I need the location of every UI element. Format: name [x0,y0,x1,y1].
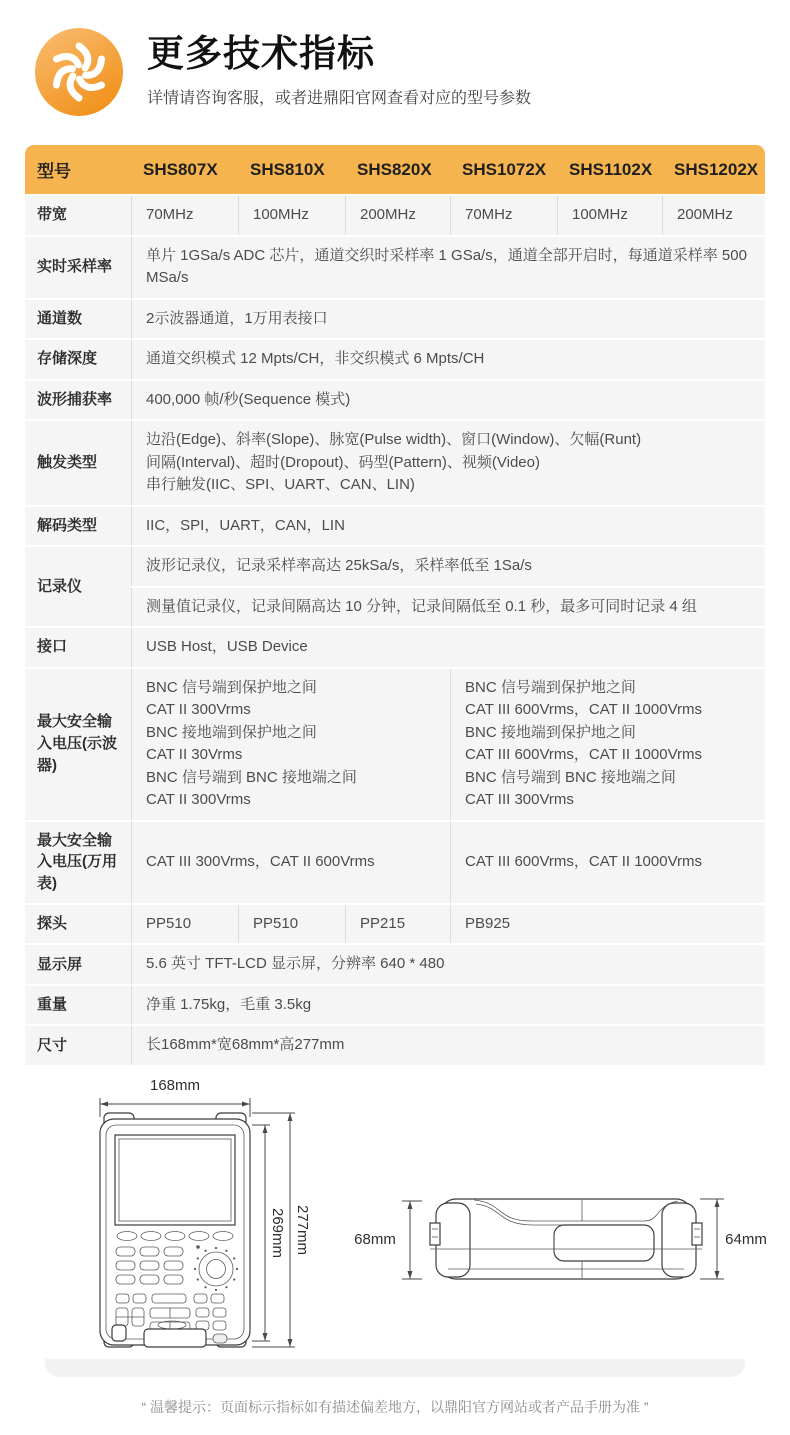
row-label: 存储深度 [25,340,131,379]
spec-cell: 5.6 英寸 TFT-LCD 显示屏，分辨率 640 * 480 [131,945,765,984]
memory-depth-row: 存储深度 通道交织模式 12 Mpts/CH，非交织模式 6 Mpts/CH [25,340,765,379]
spec-cell: 通道交织模式 12 Mpts/CH，非交织模式 6 Mpts/CH [131,340,765,379]
interface-row: 接口 USB Host，USB Device [25,628,765,667]
row-label: 通道数 [25,300,131,339]
footer-note: “ 温馨提示：页面标示指标如有描述偏差地方，以鼎阳官方网站或者产品手册为准 ” [0,1397,790,1435]
front-view-diagram: 168mm [82,1073,314,1359]
spec-cell: CAT III 300Vrms，CAT II 600Vrms [131,822,450,903]
spec-cell: 70MHz [131,196,238,235]
model-header-label: 型号 [25,145,131,194]
spec-cell: 100MHz [557,196,662,235]
siglent-swirl-logo-icon [33,26,125,118]
spec-cell: 200MHz [662,196,765,235]
row-label: 解码类型 [25,507,131,546]
osc-voltage-line: BNC 接地端到保护地之间 [465,722,755,745]
osc-voltage-line: CAT II 30Vrms [146,744,440,767]
osc-voltage-line: CAT II 300Vrms [146,699,440,722]
page-header: 更多技术指标 详情请咨询客服，或者进鼎阳官网查看对应的型号参数 [0,0,790,143]
side-height-right-dimension-label: 64mm [725,1231,767,1248]
row-label: 探头 [25,905,131,944]
dimension-diagrams: 168mm [0,1067,790,1359]
spec-cell: 单片 1GSa/s ADC 芯片，通道交织时采样率 1 GSa/s，通道全部开启… [131,237,765,298]
osc-voltage-line: BNC 信号端到保护地之间 [465,677,755,700]
osc-voltage-line: CAT III 600Vrms，CAT II 1000Vrms [465,699,755,722]
spec-cell: CAT III 600Vrms，CAT II 1000Vrms [450,822,765,903]
max-input-dmm-row: 最大安全输入电压(万用表) CAT III 300Vrms，CAT II 600… [25,822,765,903]
osc-voltage-line: CAT II 300Vrms [146,789,440,812]
decode-types-row: 解码类型 IIC，SPI，UART，CAN，LIN [25,507,765,546]
spec-cell: IIC，SPI，UART，CAN，LIN [131,507,765,546]
model-name: SHS1102X [557,145,662,194]
row-label: 触发类型 [25,421,131,505]
spec-cell: 70MHz [450,196,557,235]
waveform-capture-row: 波形捕获率 400,000 帧/秒(Sequence 模式) [25,381,765,420]
row-label: 记录仪 [25,547,131,626]
spec-cell: 波形记录仪，记录采样率高达 25kSa/s，采样率低至 1Sa/s [131,547,765,586]
model-header-row: 型号 SHS807X SHS810X SHS820X SHS1072X SHS1… [25,145,765,194]
row-label: 接口 [25,628,131,667]
osc-voltage-line: CAT III 600Vrms，CAT II 1000Vrms [465,744,755,767]
side-height-left-dimension-label: 68mm [354,1231,396,1248]
spec-cell: 400,000 帧/秒(Sequence 模式) [131,381,765,420]
spec-cell: 边沿(Edge)、斜率(Slope)、脉宽(Pulse width)、窗口(Wi… [131,421,765,505]
bandwidth-row: 带宽 70MHz 100MHz 200MHz 70MHz 100MHz 200M… [25,196,765,235]
probe-row: 探头 PP510 PP510 PP215 PB925 [25,905,765,944]
osc-voltage-line: BNC 信号端到 BNC 接地端之间 [146,767,440,790]
max-input-osc-row: 最大安全输入电压(示波器) BNC 信号端到保护地之间 CAT II 300Vr… [25,669,765,820]
recorder-row-2: 测量值记录仪，记录间隔高达 10 分钟，记录间隔低至 0.1 秒，最多可同时记录… [25,588,765,627]
spec-cell: 长168mm*宽68mm*高277mm [131,1026,765,1065]
row-label: 最大安全输入电压(示波器) [25,669,131,820]
spec-cell: 100MHz [238,196,345,235]
recorder-row-1: 记录仪 波形记录仪，记录采样率高达 25kSa/s，采样率低至 1Sa/s [25,547,765,586]
spec-cell: 200MHz [345,196,450,235]
row-label: 显示屏 [25,945,131,984]
row-label: 波形捕获率 [25,381,131,420]
trigger-types-row: 触发类型 边沿(Edge)、斜率(Slope)、脉宽(Pulse width)、… [25,421,765,505]
display-row: 显示屏 5.6 英寸 TFT-LCD 显示屏，分辨率 640 * 480 [25,945,765,984]
trigger-line: 间隔(Interval)、超时(Dropout)、码型(Pattern)、视频(… [146,452,755,475]
spec-table-section: 型号 SHS807X SHS810X SHS820X SHS1072X SHS1… [0,143,790,1067]
trigger-line: 串行触发(IIC、SPI、UART、CAN、LIN) [146,474,755,497]
front-height-inner-dimension-label: 269mm [269,1208,286,1258]
weight-row: 重量 净重 1.75kg，毛重 3.5kg [25,986,765,1025]
spec-cell: USB Host，USB Device [131,628,765,667]
content-card-bottom-edge [45,1359,745,1377]
spec-cell: BNC 信号端到保护地之间 CAT III 600Vrms，CAT II 100… [450,669,765,820]
osc-voltage-line: CAT III 300Vrms [465,789,755,812]
spec-cell: 测量值记录仪，记录间隔高达 10 分钟，记录间隔低至 0.1 秒，最多可同时记录… [131,588,765,627]
side-view-diagram: 68mm 64mm [348,1163,768,1313]
row-label: 重量 [25,986,131,1025]
row-label: 带宽 [25,196,131,235]
spec-cell: PB925 [450,905,765,944]
channels-row: 通道数 2示波器通道，1万用表接口 [25,300,765,339]
spec-cell: 净重 1.75kg，毛重 3.5kg [131,986,765,1025]
model-name: SHS1072X [450,145,557,194]
spec-cell: PP215 [345,905,450,944]
spec-cell: PP510 [238,905,345,944]
model-name: SHS1202X [662,145,765,194]
page-subtitle: 详情请咨询客服，或者进鼎阳官网查看对应的型号参数 [147,85,531,108]
osc-voltage-line: BNC 信号端到保护地之间 [146,677,440,700]
sample-rate-row: 实时采样率 单片 1GSa/s ADC 芯片，通道交织时采样率 1 GSa/s，… [25,237,765,298]
page-title: 更多技术指标 [147,32,531,76]
model-name: SHS807X [131,145,238,194]
spec-table: 型号 SHS807X SHS810X SHS820X SHS1072X SHS1… [25,143,765,1067]
front-width-dimension-label: 168mm [150,1077,200,1094]
spec-cell: 2示波器通道，1万用表接口 [131,300,765,339]
model-name: SHS810X [238,145,345,194]
row-label: 最大安全输入电压(万用表) [25,822,131,903]
model-name: SHS820X [345,145,450,194]
osc-voltage-line: BNC 信号端到 BNC 接地端之间 [465,767,755,790]
spec-cell: PP510 [131,905,238,944]
row-label: 尺寸 [25,1026,131,1065]
trigger-line: 边沿(Edge)、斜率(Slope)、脉宽(Pulse width)、窗口(Wi… [146,429,755,452]
row-label: 实时采样率 [25,237,131,298]
dimensions-row: 尺寸 长168mm*宽68mm*高277mm [25,1026,765,1065]
front-height-outer-dimension-label: 277mm [294,1205,311,1255]
osc-voltage-line: BNC 接地端到保护地之间 [146,722,440,745]
spec-cell: BNC 信号端到保护地之间 CAT II 300Vrms BNC 接地端到保护地… [131,669,450,820]
